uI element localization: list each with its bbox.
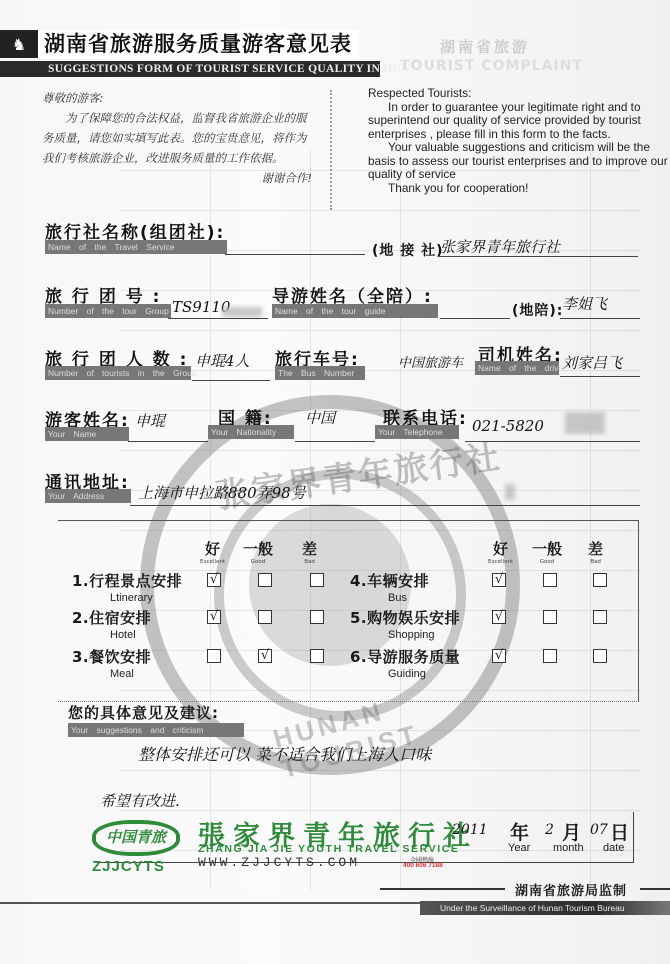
group-size-label-en: Number of tourists in the Group xyxy=(45,366,191,380)
intro-cn-body: 为了保障您的合法权益，监督我省旅游企业的服务质量，请您如实填写此表。您的宝贵意见… xyxy=(42,108,312,168)
redacted-block xyxy=(222,307,262,317)
tourist-name-field-line xyxy=(128,441,208,442)
logo-text: ZJJCYTS xyxy=(92,858,182,875)
col-excellent-right: 好Excellent xyxy=(488,538,513,565)
redacted-block xyxy=(505,484,515,500)
rating-item-label-en: Shopping xyxy=(388,629,460,641)
rating-item-label: 1.行程景点安排 xyxy=(72,570,182,591)
local-agency-label: (地 接 社) xyxy=(372,240,444,260)
suggestions-line-1[interactable]: 整体安排还可以 菜不适合我们上海人口味 xyxy=(138,742,431,765)
bus-number-value[interactable]: 中国旅游车 xyxy=(398,352,463,371)
intro-chinese: 尊敬的游客: 为了保障您的合法权益，监督我省旅游企业的服务质量，请您如实填写此表… xyxy=(42,88,312,188)
logo-mark: 中国青旅 xyxy=(92,820,180,856)
guide-local-label: (地陪): xyxy=(512,300,563,320)
intro-cn-salutation: 尊敬的游客: xyxy=(42,88,312,108)
rating-item: 5.购物娱乐安排Shopping xyxy=(350,607,460,641)
company-name-en: ZHANG JIA JIE YOUTH TRAVEL SERVICE xyxy=(198,843,460,855)
rating-item-label-en: Guiding xyxy=(388,668,460,680)
rating-checkbox-good[interactable] xyxy=(543,610,557,624)
rating-checkbox-excellent[interactable]: √ xyxy=(207,610,221,624)
intro-cn-thanks: 谢谢合作! xyxy=(42,168,312,188)
form-header: ♞ 湖南省旅游服务质量游客意见表 SUGGESTIONS FORM OF TOU… xyxy=(0,30,380,77)
travel-service-label-en: Name of the Travel Service xyxy=(45,240,227,254)
telephone-label-en: Your Telephone xyxy=(375,425,459,439)
form-title-en: SUGGESTIONS FORM OF TOURIST SERVICE QUAL… xyxy=(0,61,380,77)
rating-checkbox-excellent[interactable]: √ xyxy=(492,573,506,587)
bureau-label: 湖南省旅游局监制 xyxy=(515,880,627,899)
rating-item-label: 6.导游服务质量 xyxy=(350,646,460,667)
rating-item: 2.住宿安排Hotel xyxy=(72,607,151,641)
nationality-label-en: Your Nationality xyxy=(208,425,294,439)
day-label: 日 xyxy=(610,818,629,845)
suggestions-label-en: Your suggestions and criticism xyxy=(68,723,244,737)
hotline-number: 400 606 7188 xyxy=(403,862,443,869)
rating-checkbox-bad[interactable] xyxy=(593,573,607,587)
bus-number-label-en: The Bus Number xyxy=(275,366,365,380)
local-agency-value[interactable]: 张家界青年旅行社 xyxy=(440,236,560,257)
ghost-title-cn: 湖南省旅游 xyxy=(440,36,530,57)
year-label: 年 xyxy=(510,818,529,845)
company-website[interactable]: WWW.ZJJCYTS.COM xyxy=(198,855,360,870)
group-size-value[interactable]: 申琨4人 xyxy=(195,350,250,371)
horse-icon: ♞ xyxy=(0,30,38,58)
form-page: ♞ 湖南省旅游服务质量游客意见表 SUGGESTIONS FORM OF TOU… xyxy=(0,0,670,964)
rating-checkbox-bad[interactable] xyxy=(593,610,607,624)
rating-checkbox-good[interactable] xyxy=(258,610,272,624)
suggestions-label: 您的具体意见及建议: xyxy=(68,702,219,723)
company-logo: 中国青旅 ZJJCYTS xyxy=(92,820,182,875)
rating-checkbox-excellent[interactable]: √ xyxy=(492,610,506,624)
rating-checkbox-good[interactable] xyxy=(543,649,557,663)
rating-item: 1.行程景点安排Ltinerary xyxy=(72,570,182,604)
ghost-title-en: TOURIST COMPLAINT xyxy=(400,58,583,74)
rating-item: 6.导游服务质量Guiding xyxy=(350,646,460,680)
day-label-en: date xyxy=(603,842,624,854)
page-divider xyxy=(0,902,420,904)
rating-item: 4.车辆安排Bus xyxy=(350,570,429,604)
col-good-right: 一般Good xyxy=(532,538,562,565)
rating-item-label: 4.车辆安排 xyxy=(350,570,429,591)
bureau-rule-left xyxy=(380,888,505,890)
col-bad-left: 差Bad xyxy=(302,538,317,565)
tourist-name-value[interactable]: 申琨 xyxy=(135,410,165,431)
guide-full-field[interactable] xyxy=(440,318,510,319)
rating-item-label-en: Meal xyxy=(110,668,151,680)
year-label-en: Year xyxy=(508,842,530,854)
rating-checkbox-bad[interactable] xyxy=(310,649,324,663)
intro-en-para2: Your valuable suggestions and criticism … xyxy=(368,141,668,182)
telephone-value[interactable]: 021-5820 xyxy=(472,417,544,435)
address-value[interactable]: 上海市申拉路880弄98号 xyxy=(138,482,306,503)
nationality-value[interactable]: 中国 xyxy=(305,407,335,428)
rating-item-label: 2.住宿安排 xyxy=(72,607,151,628)
intro-english: Respected Tourists: In order to guarante… xyxy=(368,87,668,195)
group-size-field-line xyxy=(192,380,270,381)
group-number-field-line xyxy=(168,318,268,319)
rating-checkbox-good[interactable] xyxy=(258,573,272,587)
address-label-en: Your Address xyxy=(45,489,131,503)
bureau-rule-right xyxy=(640,888,670,890)
rating-item-label-en: Ltinerary xyxy=(110,592,182,604)
rating-item-label: 3.餐饮安排 xyxy=(72,646,151,667)
tourist-name-label-en: Your Name xyxy=(45,427,129,441)
guide-local-value[interactable]: 李姐飞 xyxy=(562,293,607,314)
guide-local-field-line xyxy=(560,318,640,319)
form-title: 湖南省旅游服务质量游客意见表 xyxy=(38,30,358,58)
nationality-field-line xyxy=(295,441,375,442)
group-number-label-en: Number of the tour Group xyxy=(45,304,171,318)
day-value[interactable]: 07 xyxy=(590,822,608,838)
intro-en-para1: In order to guarantee your legitimate ri… xyxy=(368,101,668,142)
month-label: 月 xyxy=(562,818,581,845)
rating-item-label-en: Hotel xyxy=(110,629,151,641)
rating-checkbox-bad[interactable] xyxy=(593,649,607,663)
rating-checkbox-good[interactable] xyxy=(543,573,557,587)
col-excellent-left: 好Excellent xyxy=(200,538,225,565)
year-value[interactable]: 2011 xyxy=(452,822,488,838)
intro-divider xyxy=(330,90,332,210)
guide-full-label-en: Name of the tour guide xyxy=(272,304,438,318)
local-agency-field-line xyxy=(438,256,638,257)
telephone-field-line xyxy=(465,441,640,442)
driver-name-value[interactable]: 刘家吕飞 xyxy=(562,352,622,373)
rating-checkbox-excellent[interactable]: √ xyxy=(207,573,221,587)
rating-checkbox-excellent[interactable] xyxy=(207,649,221,663)
col-good-left: 一般Good xyxy=(243,538,273,565)
rating-checkbox-good[interactable]: √ xyxy=(258,649,272,663)
month-label-en: month xyxy=(553,842,584,854)
bureau-label-en: Under the Surveillance of Hunan Tourism … xyxy=(420,901,670,915)
rating-checkbox-bad[interactable] xyxy=(310,610,324,624)
month-value[interactable]: 2 xyxy=(545,822,554,838)
col-bad-right: 差Bad xyxy=(588,538,603,565)
rating-item-label: 5.购物娱乐安排 xyxy=(350,607,460,628)
intro-en-thanks: Thank you for cooperation! xyxy=(368,182,668,196)
travel-service-field[interactable] xyxy=(225,254,365,255)
intro-en-salutation: Respected Tourists: xyxy=(368,87,668,101)
driver-name-field-line xyxy=(560,376,640,377)
redacted-block xyxy=(565,412,605,434)
rating-item: 3.餐饮安排Meal xyxy=(72,646,151,680)
suggestions-line-2[interactable]: 希望有改进. xyxy=(100,790,180,811)
address-field-line xyxy=(130,505,640,506)
driver-name-label-en: Name of the driver xyxy=(475,361,559,375)
rating-checkbox-excellent[interactable]: √ xyxy=(492,649,506,663)
rating-item-label-en: Bus xyxy=(388,592,429,604)
rating-checkbox-bad[interactable] xyxy=(310,573,324,587)
